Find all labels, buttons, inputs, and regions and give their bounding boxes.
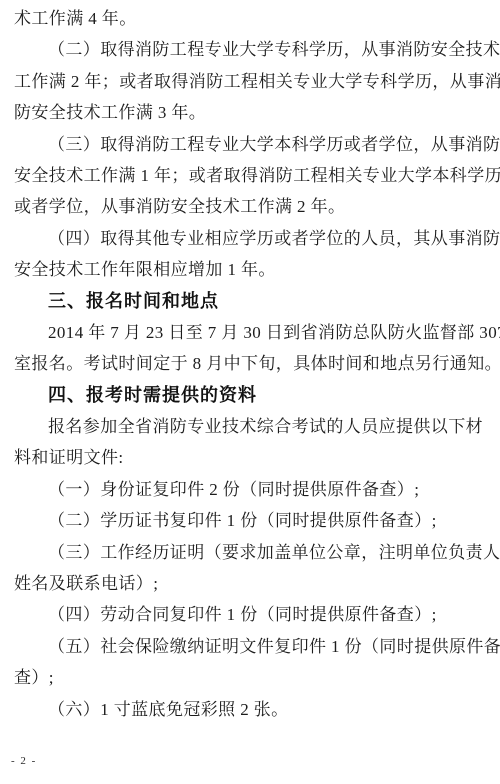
list-item: 查）; [14,662,488,693]
list-item: （四）劳动合同复印件 1 份（同时提供原件备查）; [14,599,488,630]
body-line: 2014 年 7 月 23 日至 7 月 30 日到省消防总队防火监督部 307 [14,317,488,348]
body-line: （三）取得消防工程专业大学本科学历或者学位，从事消防 [14,129,488,160]
list-item: （六）1 寸蓝底免冠彩照 2 张。 [14,694,488,725]
body-line: 室报名。考试时间定于 8 月中下旬，具体时间和地点另行通知。 [14,348,488,379]
body-line: 或者学位，从事消防安全技术工作满 2 年。 [14,191,488,222]
document-body: 术工作满 4 年。 （二）取得消防工程专业大学专科学历，从事消防安全技术 工作满… [14,0,488,725]
body-line: 安全技术工作年限相应增加 1 年。 [14,254,488,285]
document-page: 术工作满 4 年。 （二）取得消防工程专业大学专科学历，从事消防安全技术 工作满… [0,0,500,784]
section-heading: 三、报名时间和地点 [14,286,488,317]
body-line: 报名参加全省消防专业技术综合考试的人员应提供以下材 [14,411,488,442]
body-line: 工作满 2 年；或者取得消防工程相关专业大学专科学历，从事消 [14,66,488,97]
body-line: （四）取得其他专业相应学历或者学位的人员，其从事消防 [14,223,488,254]
page-number: - 2 - [11,755,37,767]
body-line: 术工作满 4 年。 [14,3,488,34]
section-heading: 四、报考时需提供的资料 [14,380,488,411]
body-line: （二）取得消防工程专业大学专科学历，从事消防安全技术 [14,34,488,65]
list-item: 姓名及联系电话）; [14,568,488,599]
body-line: 料和证明文件: [14,442,488,473]
list-item: （三）工作经历证明（要求加盖单位公章，注明单位负责人 [14,537,488,568]
body-line: 安全技术工作满 1 年；或者取得消防工程相关专业大学本科学历 [14,160,488,191]
list-item: （五）社会保险缴纳证明文件复印件 1 份（同时提供原件备 [14,631,488,662]
body-line: 防安全技术工作满 3 年。 [14,97,488,128]
list-item: （一）身份证复印件 2 份（同时提供原件备查）; [14,474,488,505]
list-item: （二）学历证书复印件 1 份（同时提供原件备查）; [14,505,488,536]
